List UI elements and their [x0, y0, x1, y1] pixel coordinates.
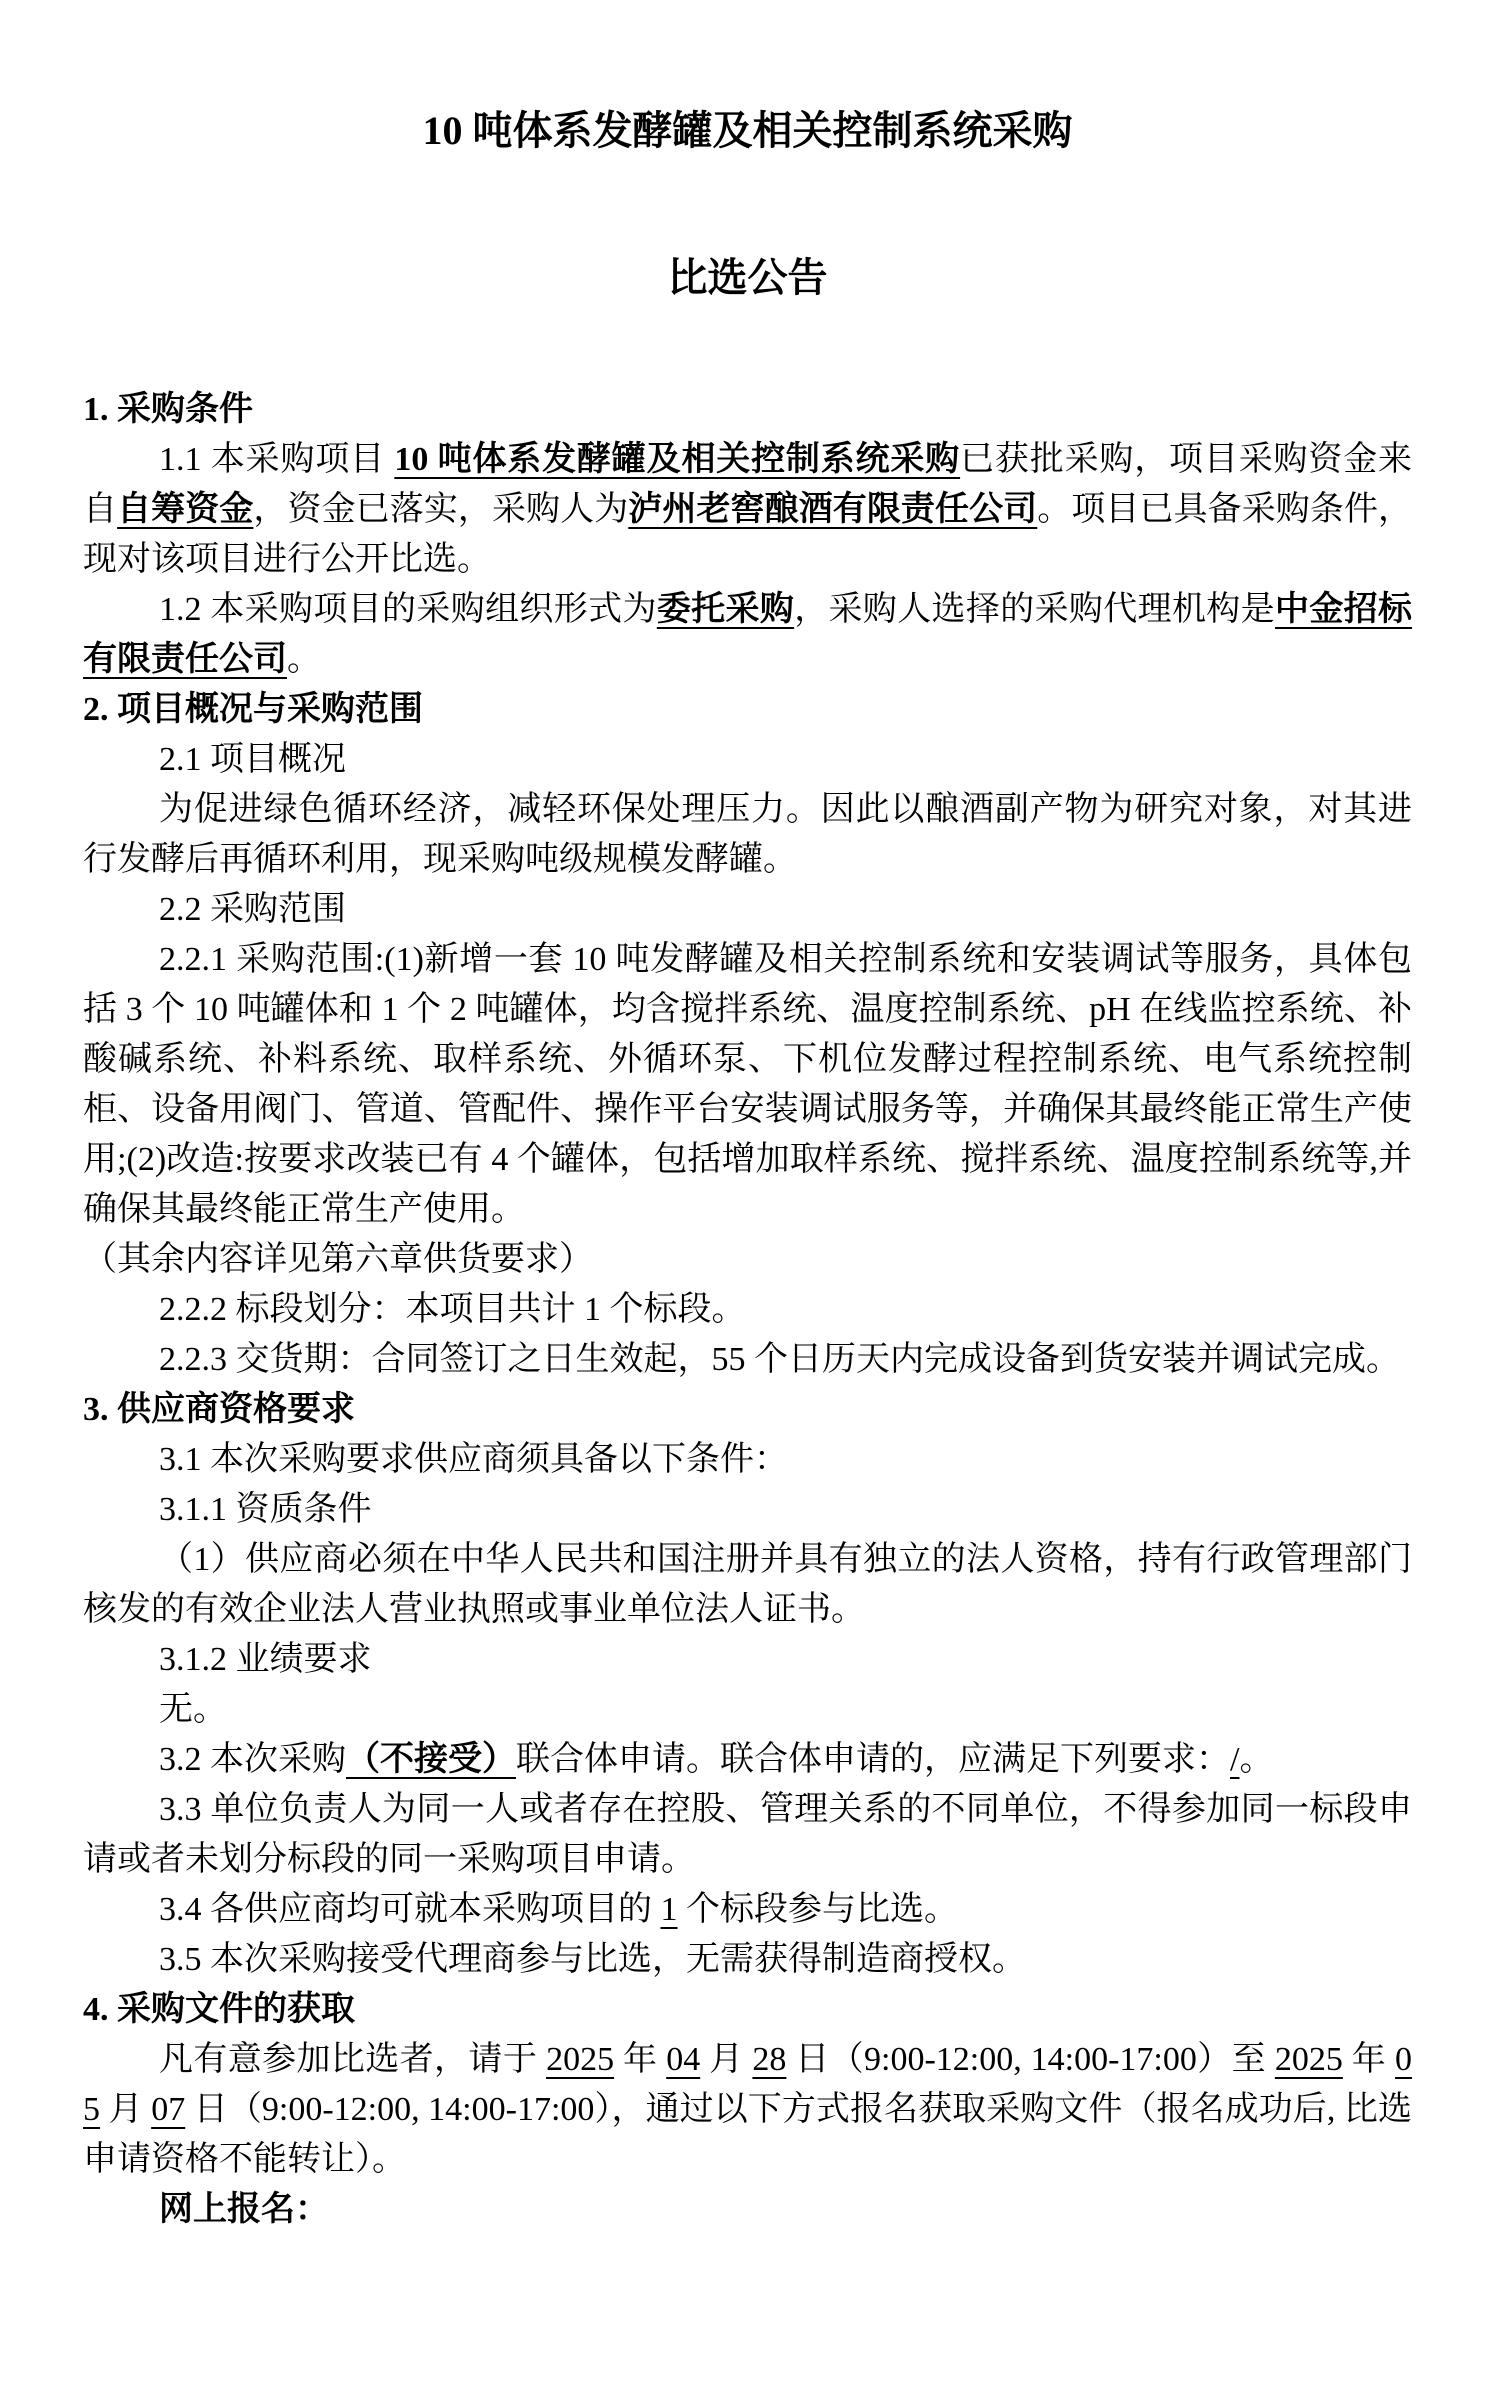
emphasis-run: 1: [661, 1891, 678, 1928]
text-run: 3.3 单位负责人为同一人或者存在控股、管理关系的不同单位，不得参加同一标段申请…: [83, 1791, 1412, 1878]
text-run: 3. 供应商资格要求: [83, 1391, 355, 1428]
emphasis-run: 2025: [1275, 2041, 1343, 2078]
text-run: 联合体申请。联合体申请的，应满足下列要求：: [516, 1741, 1230, 1778]
para-2-2-1: 2.2.1 采购范围:(1)新增一套 10 吨发酵罐及相关控制系统和安装调试等服…: [83, 935, 1412, 1235]
text-run: 3.1.2 业绩要求: [159, 1641, 372, 1678]
emphasis-run: 自筹资金: [117, 491, 253, 528]
para-3-1: 3.1 本次采购要求供应商须具备以下条件：: [83, 1435, 1412, 1485]
para-3-1-1-body: （1）供应商必须在中华人民共和国注册并具有独立的法人资格，持有行政管理部门核发的…: [83, 1535, 1412, 1635]
para-2-1-body: 为促进绿色循环经济，减轻环保处理压力。因此以酿酒副产物为研究对象，对其进行发酵后…: [83, 785, 1412, 885]
emphasis-run: 28: [752, 2041, 786, 2078]
section-4-heading: 4. 采购文件的获取: [83, 1985, 1412, 2035]
text-run: 凡有意参加比选者，请于: [159, 2041, 546, 2078]
text-run: 3.2 本次采购: [159, 1741, 346, 1778]
emphasis-run: 04: [666, 2041, 700, 2078]
para-3-4: 3.4 各供应商均可就本采购项目的 1 个标段参与比选。: [83, 1885, 1412, 1935]
text-run: 2.2.1 采购范围:(1)新增一套 10 吨发酵罐及相关控制系统和安装调试等服…: [83, 941, 1412, 1228]
para-4-1: 凡有意参加比选者，请于 2025 年 04 月 28 日（9:00-12:00,…: [83, 2035, 1412, 2185]
para-3-2: 3.2 本次采购（不接受）联合体申请。联合体申请的，应满足下列要求：/。: [83, 1735, 1412, 1785]
para-2-2-3: 2.2.3 交货期：合同签订之日生效起，55 个日历天内完成设备到货安装并调试完…: [83, 1335, 1412, 1385]
document-title: 10 吨体系发酵罐及相关控制系统采购: [83, 108, 1412, 154]
text-run: 1.2 本采购项目的采购组织形式为: [159, 591, 657, 628]
text-run: 2.2.2 标段划分：本项目共计 1 个标段。: [159, 1291, 746, 1328]
emphasis-run: 2025: [546, 2041, 614, 2078]
para-3-1-1: 3.1.1 资质条件: [83, 1485, 1412, 1535]
para-online-signup: 网上报名：: [83, 2185, 1412, 2235]
text-run: ，采购人选择的采购代理机构是: [794, 591, 1275, 628]
emphasis-run: 委托采购: [657, 591, 794, 628]
para-3-3: 3.3 单位负责人为同一人或者存在控股、管理关系的不同单位，不得参加同一标段申请…: [83, 1785, 1412, 1885]
text-run: 1.1 本采购项目: [159, 441, 394, 478]
emphasis-run: 网上报名：: [159, 2191, 329, 2228]
text-run: 年: [1343, 2041, 1395, 2078]
text-run: （其余内容详见第六章供货要求）: [83, 1241, 593, 1278]
para-2-2-heading: 2.2 采购范围: [83, 885, 1412, 935]
section-1-heading: 1. 采购条件: [83, 385, 1412, 435]
text-run: （1）供应商必须在中华人民共和国注册并具有独立的法人资格，持有行政管理部门核发的…: [83, 1541, 1412, 1628]
text-run: 为促进绿色循环经济，减轻环保处理压力。因此以酿酒副产物为研究对象，对其进行发酵后…: [83, 791, 1412, 878]
text-run: 。: [1239, 1741, 1273, 1778]
text-run: 4. 采购文件的获取: [83, 1991, 355, 2028]
para-1-2: 1.2 本采购项目的采购组织形式为委托采购，采购人选择的采购代理机构是中金招标有…: [83, 585, 1412, 685]
text-run: 3.1 本次采购要求供应商须具备以下条件：: [159, 1441, 788, 1478]
text-run: 2. 项目概况与采购范围: [83, 691, 423, 728]
text-run: 日（9:00-12:00, 14:00-17:00），通过以下方式报名获取采购文…: [83, 2091, 1412, 2178]
emphasis-run: 10 吨体系发酵罐及相关控制系统采购: [394, 441, 960, 478]
emphasis-run: （不接受）: [346, 1741, 516, 1778]
text-run: 个标段参与比选。: [678, 1891, 959, 1928]
para-2-1-heading: 2.1 项目概况: [83, 735, 1412, 785]
text-run: 月: [100, 2091, 151, 2128]
document-subtitle: 比选公告: [83, 255, 1412, 301]
text-run: 年: [614, 2041, 666, 2078]
emphasis-run: 07: [151, 2091, 185, 2128]
para-2-2-2: 2.2.2 标段划分：本项目共计 1 个标段。: [83, 1285, 1412, 1335]
text-run: ，资金已落实，采购人为: [253, 491, 628, 528]
emphasis-run: 泸州老窖酿酒有限责任公司: [628, 491, 1037, 528]
document-body: 1. 采购条件1.1 本采购项目 10 吨体系发酵罐及相关控制系统采购已获批采购…: [83, 385, 1412, 2235]
text-run: 。: [287, 641, 321, 678]
text-run: 日（9:00-12:00, 14:00-17:00）至: [786, 2041, 1274, 2078]
para-3-5: 3.5 本次采购接受代理商参与比选，无需获得制造商授权。: [83, 1935, 1412, 1985]
para-3-1-2-body: 无。: [83, 1685, 1412, 1735]
text-run: 3.1.1 资质条件: [159, 1491, 372, 1528]
section-3-heading: 3. 供应商资格要求: [83, 1385, 1412, 1435]
document-page: 10 吨体系发酵罐及相关控制系统采购 比选公告 1. 采购条件1.1 本采购项目…: [0, 0, 1500, 2392]
text-run: 1. 采购条件: [83, 391, 253, 428]
text-run: 2.1 项目概况: [159, 741, 346, 778]
text-run: 2.2 采购范围: [159, 891, 346, 928]
text-run: 3.5 本次采购接受代理商参与比选，无需获得制造商授权。: [159, 1941, 1026, 1978]
para-1-1: 1.1 本采购项目 10 吨体系发酵罐及相关控制系统采购已获批采购，项目采购资金…: [83, 435, 1412, 585]
section-2-heading: 2. 项目概况与采购范围: [83, 685, 1412, 735]
para-3-1-2: 3.1.2 业绩要求: [83, 1635, 1412, 1685]
text-run: 无。: [159, 1691, 227, 1728]
text-run: 3.4 各供应商均可就本采购项目的: [159, 1891, 661, 1928]
text-run: 2.2.3 交货期：合同签订之日生效起，55 个日历天内完成设备到货安装并调试完…: [159, 1341, 1400, 1378]
text-run: 月: [700, 2041, 752, 2078]
para-2-2-1-note: （其余内容详见第六章供货要求）: [83, 1235, 1412, 1285]
